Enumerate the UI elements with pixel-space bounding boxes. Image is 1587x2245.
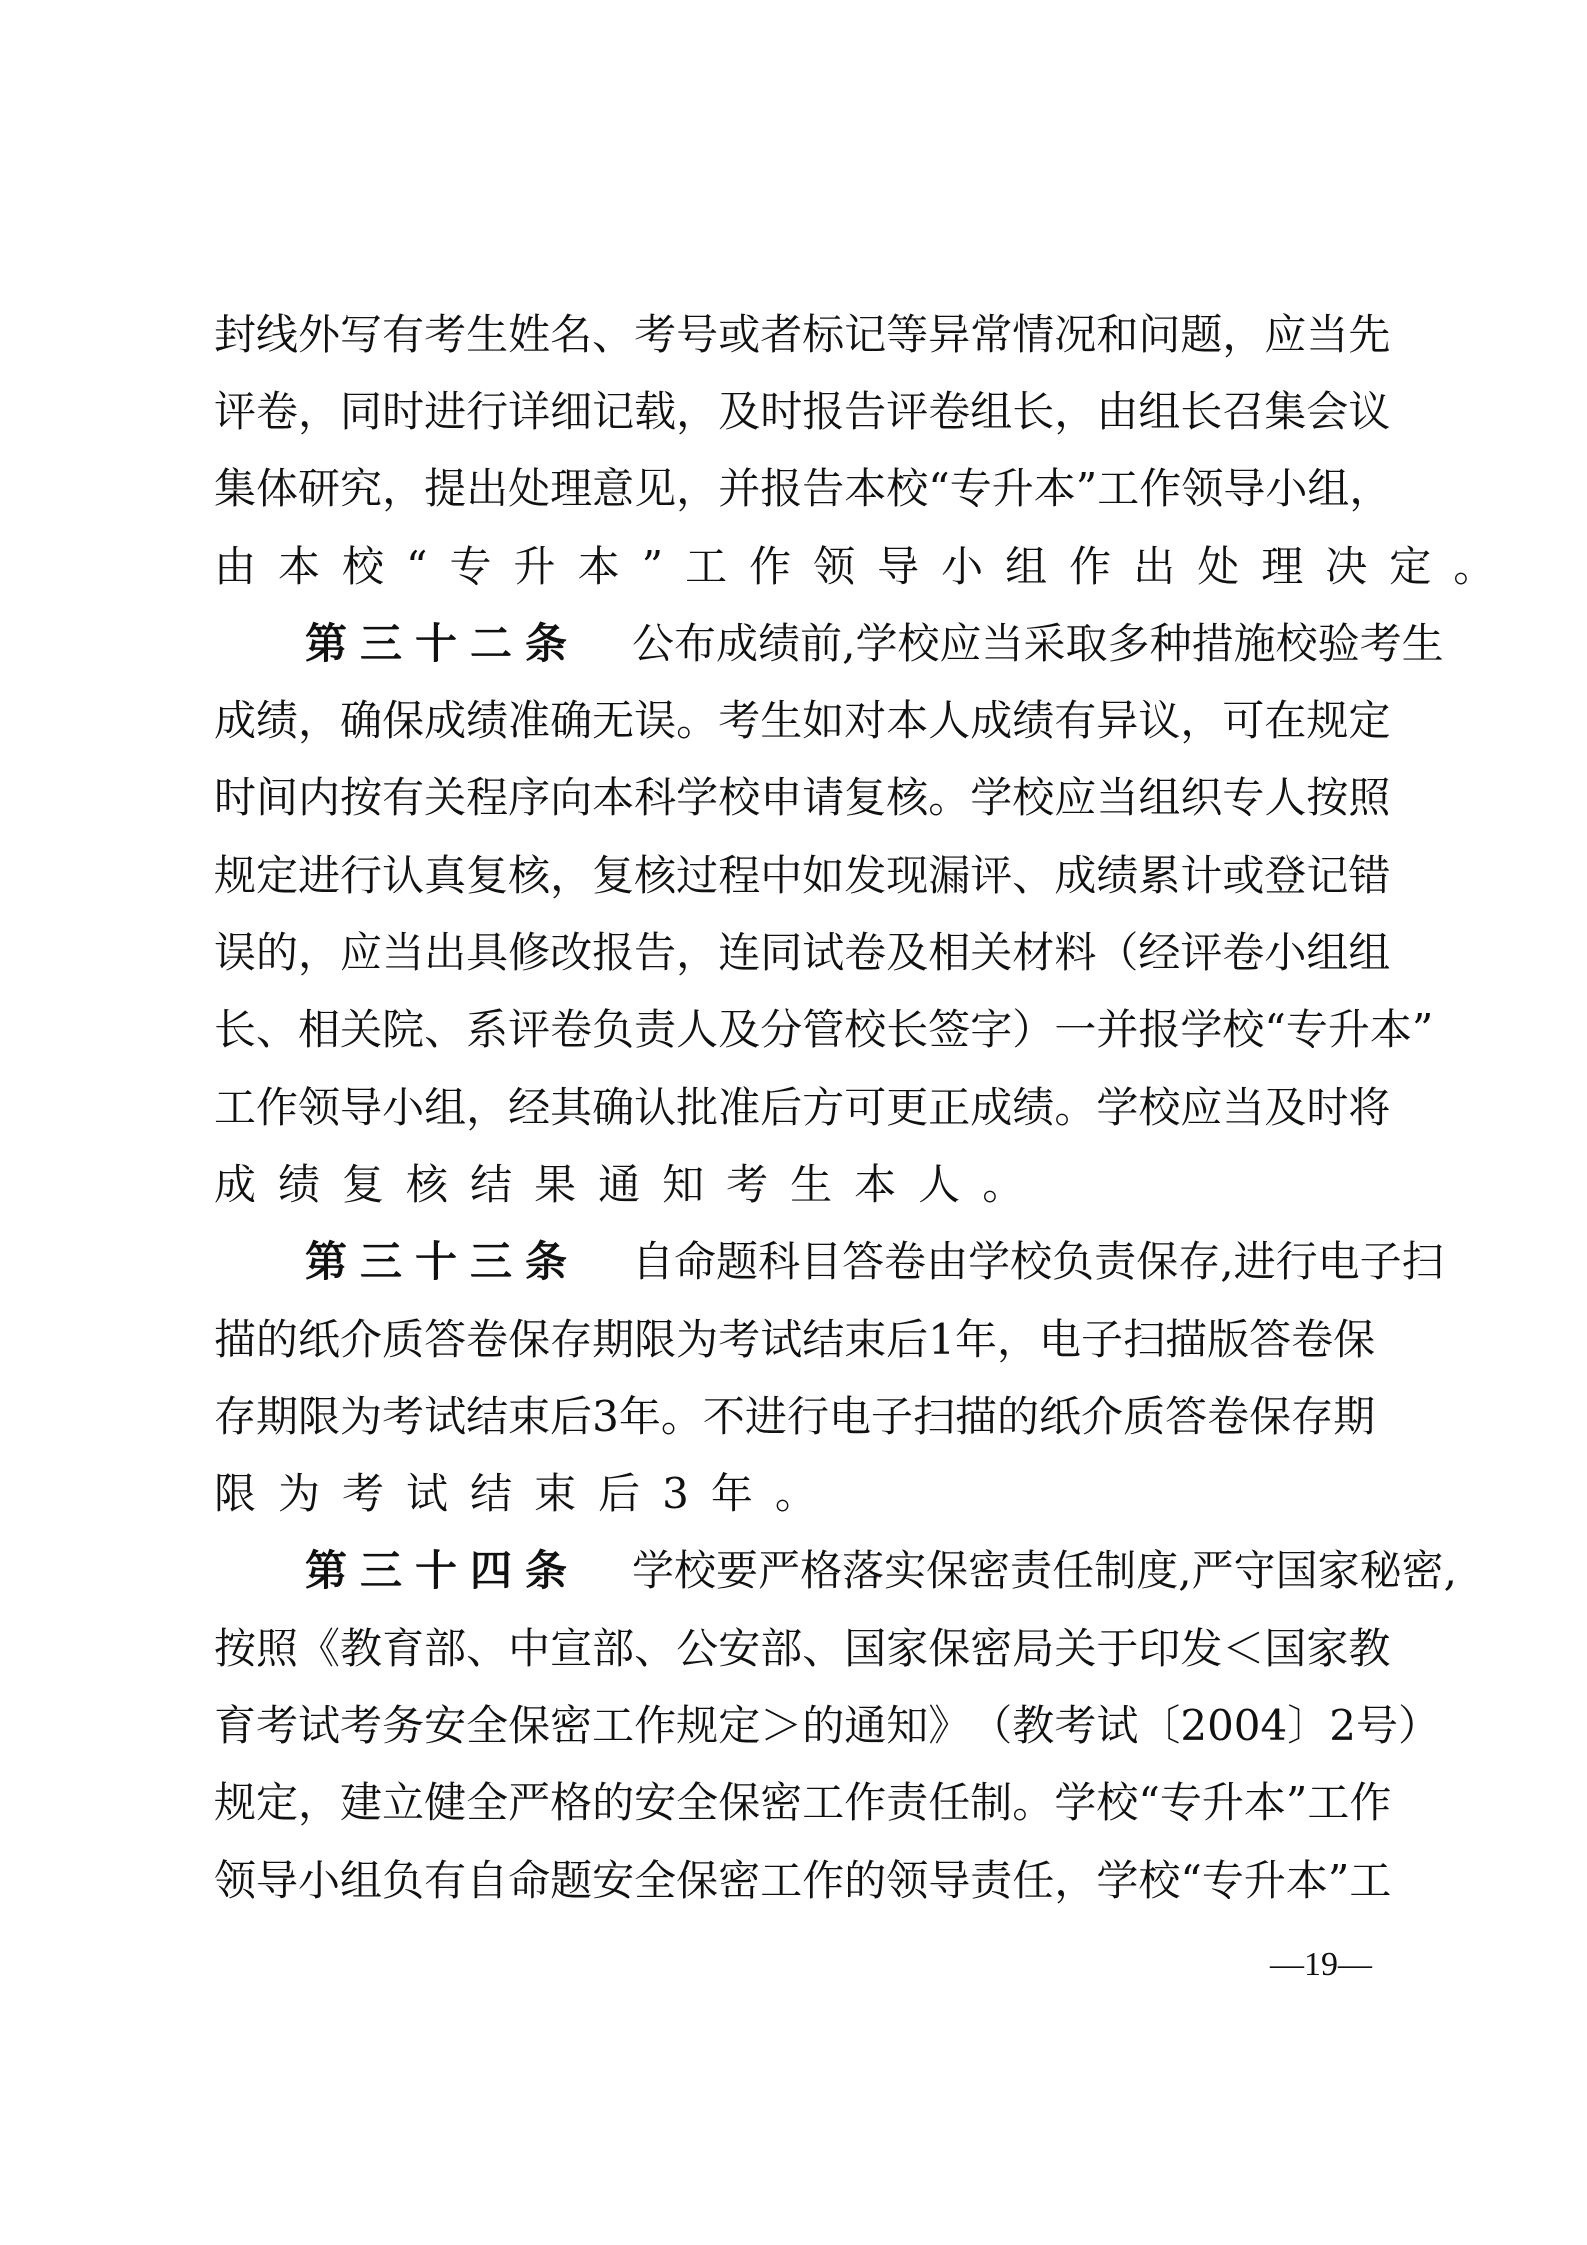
glyph: 校 (1222, 1001, 1264, 1059)
text-line: 成绩，确保成绩准确无误。考生如对本人成绩有异议，可在规定 (214, 682, 1374, 759)
glyph: 健 (424, 1774, 466, 1832)
glyph: 行 (340, 847, 382, 905)
glyph: 电 (1039, 1311, 1081, 1369)
glyph: 记 (1306, 847, 1348, 905)
glyph: 束 (534, 1465, 576, 1523)
glyph: 按 (214, 1620, 256, 1678)
glyph: 落 (842, 1542, 884, 1600)
glyph: “ (1264, 1001, 1285, 1059)
glyph: 。 (661, 1388, 703, 1446)
glyph: 安 (718, 1620, 760, 1678)
glyph: 分 (760, 1001, 802, 1059)
glyph: 评 (214, 383, 256, 441)
glyph: 守 (1234, 1542, 1276, 1600)
glyph: 任 (928, 1774, 970, 1832)
glyph: 关 (1054, 1620, 1096, 1678)
glyph: 当 (382, 924, 424, 982)
glyph: 升 (1244, 1852, 1286, 1910)
glyph: 相 (298, 1001, 340, 1059)
glyph: ” (1076, 460, 1097, 518)
glyph: 科 (758, 1233, 800, 1291)
glyph: 学 (676, 769, 718, 827)
glyph: , (842, 615, 855, 673)
glyph: 自 (466, 1852, 508, 1910)
glyph: 格 (550, 1774, 592, 1832)
glyph: 本 (592, 769, 634, 827)
glyph: 宣 (550, 1620, 592, 1678)
glyph: 国 (1264, 1620, 1306, 1678)
glyph: 果 (534, 1156, 576, 1214)
text-line: 领导小组负有自命题安全保密工作的领导责任，学校“专升本”工 (214, 1842, 1374, 1919)
glyph: 评 (508, 1001, 550, 1059)
glyph: 卷 (1207, 1388, 1249, 1446)
glyph: 校 (886, 460, 928, 518)
glyph: 知 (662, 1156, 704, 1214)
glyph: 作 (1069, 538, 1111, 596)
glyph: 核 (886, 769, 928, 827)
glyph: 绩 (758, 615, 800, 673)
glyph: 命 (674, 1233, 716, 1291)
glyph: 材 (1012, 924, 1054, 982)
glyph: 名 (550, 306, 592, 364)
article-heading: 第三十二条 (305, 615, 580, 673)
glyph: 实 (884, 1542, 926, 1600)
glyph: 签 (928, 1001, 970, 1059)
glyph: 异 (1096, 692, 1138, 750)
glyph: 进 (424, 383, 466, 441)
glyph: 卷 (844, 924, 886, 982)
glyph: 学 (1096, 1079, 1138, 1137)
glyph: 作 (844, 1774, 886, 1832)
glyph: 束 (508, 1388, 550, 1446)
glyph: 系 (466, 1001, 508, 1059)
glyph: 间 (256, 769, 298, 827)
glyph: 累 (1138, 847, 1180, 905)
glyph: （ (1096, 924, 1138, 982)
glyph: 期 (1333, 1388, 1375, 1446)
article-heading-line: 第三十三条 自命题科目答卷由学校负责保存,进行电子扫 (214, 1224, 1374, 1301)
glyph: 小 (941, 538, 983, 596)
glyph: 等 (886, 306, 928, 364)
glyph: 期 (592, 1311, 634, 1369)
glyph: 院 (382, 1001, 424, 1059)
glyph: 工 (214, 1079, 256, 1137)
glyph: 为 (278, 1465, 320, 1523)
glyph: 3 (592, 1388, 619, 1446)
glyph: 结 (470, 1465, 512, 1523)
glyph: 字 (970, 1001, 1012, 1059)
glyph: 通 (844, 1697, 886, 1755)
glyph: 及 (718, 383, 760, 441)
glyph: 保 (718, 1774, 760, 1832)
glyph: 负 (382, 1852, 424, 1910)
glyph: 正 (928, 1079, 970, 1137)
glyph: 电 (829, 1388, 871, 1446)
glyph: 集 (214, 460, 256, 518)
glyph: 保 (676, 1852, 718, 1910)
glyph: 人 (928, 692, 970, 750)
glyph: 的 (256, 924, 298, 982)
glyph: 纸 (1039, 1388, 1081, 1446)
glyph: 考 (634, 306, 676, 364)
glyph: 工 (760, 1852, 802, 1910)
glyph: 全 (634, 1852, 676, 1910)
glyph: 时 (214, 769, 256, 827)
glyph: 卷 (466, 1311, 508, 1369)
glyph: 电 (1318, 1233, 1360, 1291)
glyph: 议 (1138, 692, 1180, 750)
glyph: 多 (1108, 615, 1150, 673)
glyph: 学 (632, 1542, 674, 1600)
glyph: 期 (256, 1388, 298, 1446)
glyph: 、 (1012, 847, 1054, 905)
glyph: 细 (550, 383, 592, 441)
glyph: 〕 (1287, 1697, 1329, 1755)
glyph: ） (1398, 1697, 1440, 1755)
glyph: 密 (1402, 1542, 1444, 1600)
glyph: 任 (1012, 1852, 1054, 1910)
glyph: 校 (844, 1001, 886, 1059)
glyph: 封 (214, 306, 256, 364)
glyph: 核 (508, 847, 550, 905)
text-line: 长、相关院、系评卷负责人及分管校长签字）一并报学校“专升本” (214, 992, 1374, 1069)
glyph: ， (466, 1079, 508, 1137)
glyph: 的 (844, 1852, 886, 1910)
glyph: 经 (1138, 924, 1180, 982)
glyph: 。 (676, 692, 718, 750)
glyph: 。 (1012, 1774, 1054, 1832)
glyph: 绩 (256, 692, 298, 750)
glyph: 。 (1453, 538, 1495, 596)
glyph: 有 (424, 1852, 466, 1910)
glyph: 学 (855, 615, 897, 673)
glyph: 领 (886, 1852, 928, 1910)
glyph: 关 (340, 1001, 382, 1059)
glyph: 建 (340, 1774, 382, 1832)
glyph: 校 (1138, 1852, 1180, 1910)
glyph: ， (676, 460, 718, 518)
glyph: 当 (1222, 1079, 1264, 1137)
glyph: 卷 (884, 1233, 926, 1291)
glyph: 请 (802, 769, 844, 827)
text-line: 规定，建立健全严格的安全保密工作责任制。学校“专升本”工作 (214, 1765, 1374, 1842)
glyph: 有 (382, 769, 424, 827)
glyph: 国 (1276, 1542, 1318, 1600)
glyph: 的 (592, 1774, 634, 1832)
glyph: 报 (1138, 1001, 1180, 1059)
glyph: 方 (802, 1079, 844, 1137)
glyph: 线 (256, 306, 298, 364)
glyph: 时 (382, 383, 424, 441)
glyph: 命 (508, 1852, 550, 1910)
glyph: 相 (928, 924, 970, 982)
glyph: 组 (340, 1852, 382, 1910)
glyph: 验 (1318, 615, 1360, 673)
glyph: 记 (844, 306, 886, 364)
glyph: 生 (790, 1156, 832, 1214)
glyph: 升 (1328, 1001, 1370, 1059)
glyph: 本 (886, 692, 928, 750)
glyph: 学 (970, 769, 1012, 827)
line-text: 按照《教育部、中宣部、公安部、国家保密局关于印发＜国家教 (214, 1620, 1374, 1678)
glyph: 工 (1307, 1774, 1349, 1832)
text-line: 存期限为考试结束后3年。不进行电子扫描的纸介质答卷保存期 (214, 1378, 1374, 1455)
glyph: 现 (886, 847, 928, 905)
glyph: 的 (997, 1388, 1039, 1446)
glyph: 教 (1348, 1620, 1390, 1678)
glyph: 常 (970, 306, 1012, 364)
glyph: 漏 (928, 847, 970, 905)
glyph: 作 (1349, 1774, 1391, 1832)
glyph: 。 (775, 1465, 817, 1523)
line-text: 公布成绩前,学校应当采取多种措施校验考生 (632, 615, 1444, 673)
glyph: 错 (1348, 847, 1390, 905)
glyph: 、 (802, 1620, 844, 1678)
line-text: 育考试考务安全保密工作规定＞的通知》（教考试〔2004〕2号） (214, 1697, 1374, 1755)
glyph: 评 (970, 847, 1012, 905)
glyph: ， (1180, 692, 1222, 750)
glyph: 《 (298, 1620, 340, 1678)
glyph: 组 (1306, 924, 1348, 982)
glyph: 3 (662, 1465, 689, 1523)
text-line: 由本校“专升本”工作领导小组作出处理决定。 (214, 528, 1374, 605)
glyph: 召 (1222, 383, 1264, 441)
glyph: 复 (592, 847, 634, 905)
glyph: 工 (802, 1774, 844, 1832)
glyph: 试 (298, 1697, 340, 1755)
glyph: 管 (802, 1001, 844, 1059)
glyph: 家 (886, 1620, 928, 1678)
text-line: 封线外写有考生姓名、考号或者标记等异常情况和问题，应当先 (214, 296, 1374, 373)
glyph: 育 (382, 1620, 424, 1678)
glyph: 进 (745, 1388, 787, 1446)
glyph: ＜ (1222, 1620, 1264, 1678)
glyph: 后 (886, 1311, 928, 1369)
glyph: 布 (674, 615, 716, 673)
glyph: ， (550, 847, 592, 905)
glyph: ， (676, 924, 718, 982)
glyph: 行 (787, 1388, 829, 1446)
glyph: 写 (340, 306, 382, 364)
glyph: 试 (802, 924, 844, 982)
glyph: 组 (1348, 924, 1390, 982)
glyph: 1 (928, 1311, 955, 1369)
glyph: 题 (550, 1852, 592, 1910)
line-text: 规定进行认真复核，复核过程中如发现漏评、成绩累计或登记错 (214, 847, 1374, 905)
line-text: 自命题科目答卷由学校负责保存,进行电子扫 (632, 1233, 1444, 1291)
glyph: 自 (632, 1233, 674, 1291)
glyph: 小 (382, 1079, 424, 1137)
glyph: 质 (382, 1311, 424, 1369)
glyph: 密 (970, 1620, 1012, 1678)
glyph: ” (1328, 1852, 1349, 1910)
glyph: 升 (992, 460, 1034, 518)
glyph: 号 (1356, 1697, 1398, 1755)
glyph: ， (298, 383, 340, 441)
glyph: 安 (592, 1852, 634, 1910)
glyph: 限 (634, 1311, 676, 1369)
text-line: 按照《教育部、中宣部、公安部、国家保密局关于印发＜国家教 (214, 1610, 1374, 1687)
text-line: 限为考试结束后3年。 (214, 1455, 1374, 1532)
glyph: 定 (1389, 538, 1431, 596)
glyph: 校 (1276, 615, 1318, 673)
glyph: 题 (1180, 306, 1222, 364)
glyph: 同 (760, 924, 802, 982)
glyph: 卷 (1291, 1311, 1333, 1369)
glyph: 考 (718, 692, 760, 750)
glyph: 究 (340, 460, 382, 518)
glyph: 专 (1202, 1852, 1244, 1910)
glyph: 要 (716, 1542, 758, 1600)
glyph: 报 (592, 924, 634, 982)
glyph: 保 (508, 1311, 550, 1369)
glyph: 答 (842, 1233, 884, 1291)
glyph: 有 (382, 306, 424, 364)
glyph: 校 (1096, 1774, 1138, 1832)
glyph: 种 (1150, 615, 1192, 673)
glyph: 试 (1096, 1697, 1138, 1755)
line-text: 规定，建立健全严格的安全保密工作责任制。学校“专升本”工作 (214, 1774, 1374, 1832)
glyph: 理 (1261, 538, 1303, 596)
glyph: 施 (1234, 615, 1276, 673)
glyph: 保 (926, 1542, 968, 1600)
glyph: 同 (340, 383, 382, 441)
article-heading-line: 第三十四条 学校要严格落实保密责任制度,严守国家秘密, (214, 1533, 1374, 1610)
glyph: 核 (406, 1156, 448, 1214)
glyph: “ (1180, 1852, 1201, 1910)
glyph: 升 (514, 538, 556, 596)
glyph: 认 (382, 847, 424, 905)
glyph: ， (298, 924, 340, 982)
glyph: 考 (718, 1311, 760, 1369)
glyph: ， (298, 1774, 340, 1832)
line-text: 成绩，确保成绩准确无误。考生如对本人成绩有异议，可在规定 (214, 692, 1374, 750)
glyph: 评 (1180, 924, 1222, 982)
glyph: 印 (1138, 1620, 1180, 1678)
glyph: ， (298, 692, 340, 750)
glyph: 当 (1096, 769, 1138, 827)
glyph: 向 (550, 769, 592, 827)
glyph: 并 (1096, 1001, 1138, 1059)
glyph: 描 (955, 1388, 997, 1446)
glyph: 安 (424, 1697, 466, 1755)
glyph: 考 (726, 1156, 768, 1214)
line-text: 由本校“专升本”工作领导小组作出处理决定。 (214, 538, 1517, 596)
glyph: 存 (550, 1311, 592, 1369)
glyph: 组 (970, 383, 1012, 441)
glyph: 应 (1180, 1079, 1222, 1137)
glyph: 由 (214, 538, 256, 596)
glyph: 家 (1306, 1620, 1348, 1678)
glyph: 学 (1096, 1852, 1138, 1910)
glyph: 或 (718, 306, 760, 364)
glyph: 校 (897, 615, 939, 673)
glyph: 责 (886, 1774, 928, 1832)
glyph: , (1444, 1542, 1457, 1600)
glyph: 内 (298, 769, 340, 827)
glyph: 确 (550, 692, 592, 750)
glyph: 本 (1244, 1774, 1286, 1832)
glyph: 存 (1291, 1388, 1333, 1446)
glyph: 答 (1165, 1388, 1207, 1446)
glyph: 应 (1054, 769, 1096, 827)
glyph: “ (928, 460, 949, 518)
glyph: 绩 (1096, 847, 1138, 905)
glyph: 严 (1192, 1542, 1234, 1600)
glyph: 异 (928, 306, 970, 364)
glyph: 照 (1348, 769, 1390, 827)
glyph: 对 (844, 692, 886, 750)
glyph: 认 (634, 1079, 676, 1137)
glyph: 部 (424, 1620, 466, 1678)
glyph: 准 (718, 1079, 760, 1137)
glyph: 知 (886, 1697, 928, 1755)
glyph: 关 (970, 924, 1012, 982)
glyph: 出 (424, 924, 466, 982)
glyph: 作 (256, 1079, 298, 1137)
glyph: 成 (970, 1079, 1012, 1137)
glyph: 及 (1264, 1079, 1306, 1137)
glyph: 学 (1180, 1001, 1222, 1059)
glyph: 部 (760, 1620, 802, 1678)
glyph: 保 (508, 1697, 550, 1755)
glyph: 本 (1034, 460, 1076, 518)
glyph: 描 (1165, 1311, 1207, 1369)
glyph: 校 (1138, 1079, 1180, 1137)
glyph: 提 (424, 460, 466, 518)
glyph: 组 (1138, 383, 1180, 441)
glyph: 工 (1349, 1852, 1391, 1910)
glyph: 本 (854, 1156, 896, 1214)
line-text: 领导小组负有自命题安全保密工作的领导责任，学校“专升本”工 (214, 1852, 1374, 1910)
glyph: 校 (1010, 1233, 1052, 1291)
glyph: 导 (928, 1852, 970, 1910)
glyph: ， (382, 460, 424, 518)
glyph: 长 (886, 1001, 928, 1059)
glyph: 按 (340, 769, 382, 827)
glyph: 考 (342, 1465, 384, 1523)
glyph: 行 (1276, 1233, 1318, 1291)
glyph: 存 (214, 1388, 256, 1446)
glyph: 保 (1249, 1388, 1291, 1446)
glyph: 局 (1012, 1620, 1054, 1678)
glyph: 考 (382, 1388, 424, 1446)
article-heading: 第三十三条 (305, 1233, 580, 1291)
glyph: 务 (382, 1697, 424, 1755)
glyph: 程 (466, 769, 508, 827)
glyph: 织 (1180, 769, 1222, 827)
glyph: 结 (470, 1156, 512, 1214)
glyph: 绩 (1012, 692, 1054, 750)
glyph: 定 (256, 1774, 298, 1832)
glyph: 全 (466, 1774, 508, 1832)
glyph: 科 (634, 769, 676, 827)
glyph: 当 (1306, 306, 1348, 364)
glyph: 长 (214, 1001, 256, 1059)
glyph: 。 (928, 769, 970, 827)
glyph: 保 (382, 692, 424, 750)
glyph: 长 (1012, 383, 1054, 441)
glyph: 。 (982, 1156, 1024, 1214)
glyph: 工 (1097, 460, 1139, 518)
glyph: 修 (508, 924, 550, 982)
glyph: 导 (340, 1079, 382, 1137)
glyph: 发 (1180, 1620, 1222, 1678)
glyph: 进 (298, 847, 340, 905)
glyph: 议 (1348, 383, 1390, 441)
glyph: 的 (802, 1697, 844, 1755)
glyph: 目 (800, 1233, 842, 1291)
